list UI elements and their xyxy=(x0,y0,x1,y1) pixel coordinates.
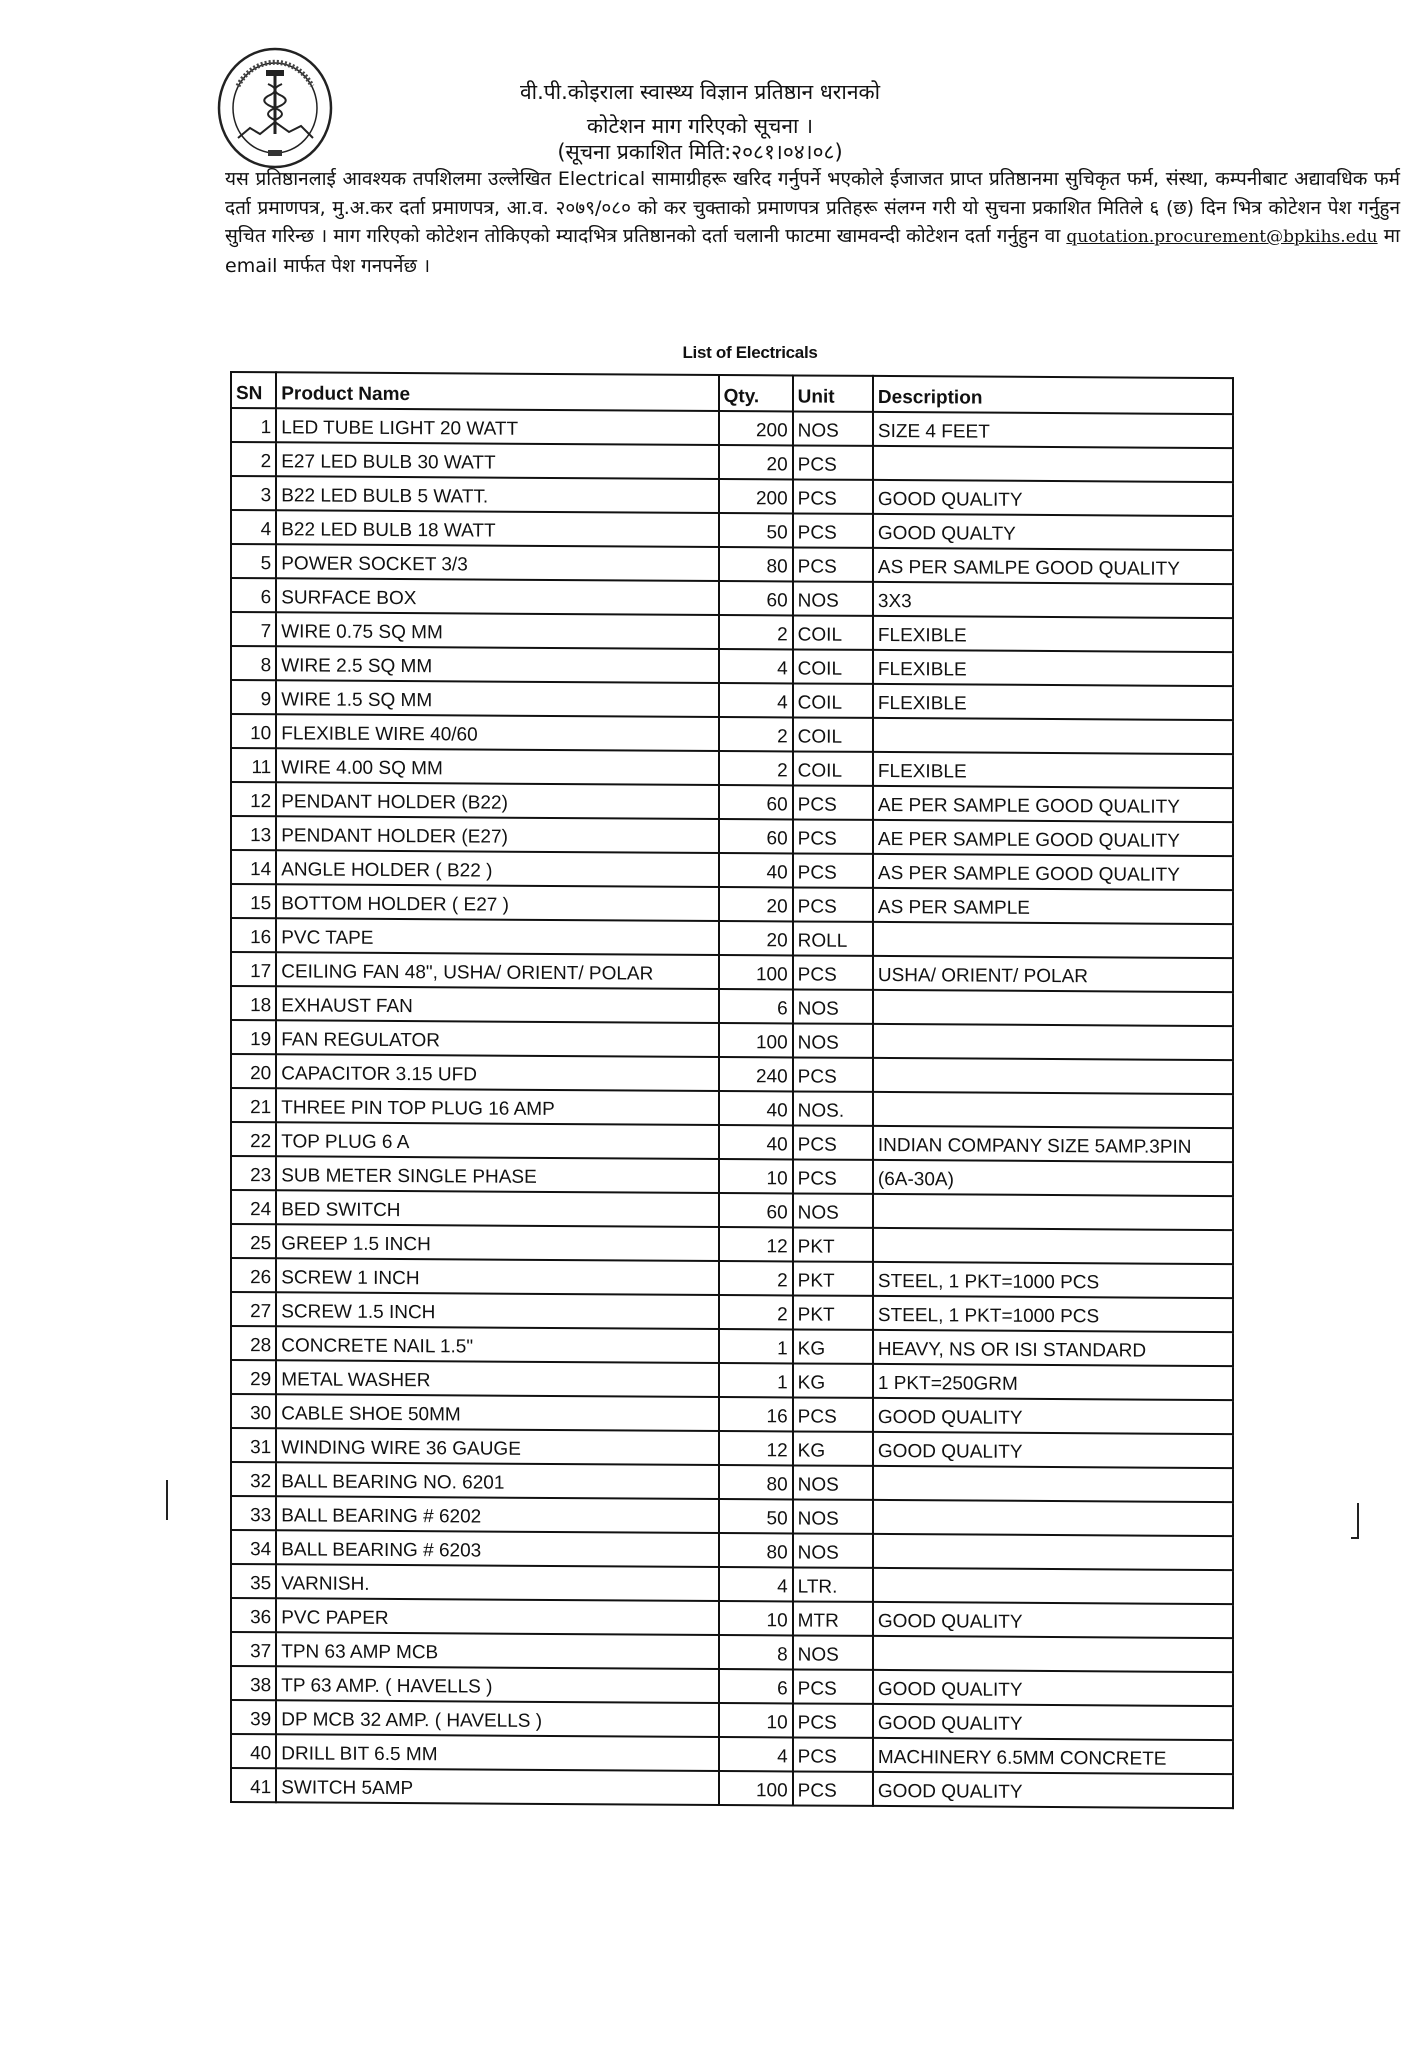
col-sn: SN xyxy=(231,372,276,408)
row-sn: 30 xyxy=(231,1394,276,1428)
row-product-name: GREEP 1.5 INCH xyxy=(276,1224,718,1261)
row-qty: 60 xyxy=(719,581,793,615)
row-unit: PCS xyxy=(793,955,873,989)
row-product-name: BALL BEARING # 6202 xyxy=(276,1496,718,1533)
row-description: FLEXIBLE xyxy=(873,752,1233,788)
scan-mark-right xyxy=(1357,1503,1359,1539)
row-product-name: PVC PAPER xyxy=(276,1598,718,1635)
row-product-name: WINDING WIRE 36 GAUGE xyxy=(276,1428,718,1465)
institute-name-heading: वी.पी.कोइराला स्वास्थ्य विज्ञान प्रतिष्ठ… xyxy=(400,78,1000,106)
row-product-name: FAN REGULATOR xyxy=(276,1020,718,1057)
row-product-name: PENDANT HOLDER (E27) xyxy=(276,816,718,853)
row-unit: PCS xyxy=(793,1737,873,1771)
row-qty: 240 xyxy=(719,1057,793,1091)
row-unit: PCS xyxy=(793,513,873,547)
row-qty: 4 xyxy=(719,1567,793,1601)
row-description xyxy=(873,718,1233,754)
row-qty: 1 xyxy=(719,1363,793,1397)
row-product-name: PENDANT HOLDER (B22) xyxy=(276,782,718,819)
row-product-name: WIRE 4.00 SQ MM xyxy=(276,748,718,785)
row-qty: 100 xyxy=(719,1023,793,1057)
row-qty: 100 xyxy=(719,1771,793,1805)
row-unit: PKT xyxy=(793,1261,873,1295)
row-qty: 8 xyxy=(719,1635,793,1669)
row-sn: 40 xyxy=(231,1734,276,1768)
row-unit: NOS xyxy=(793,411,873,445)
row-description: INDIAN COMPANY SIZE 5AMP.3PIN xyxy=(873,1126,1233,1162)
row-product-name: CONCRETE NAIL 1.5" xyxy=(276,1326,718,1363)
institute-seal-logo xyxy=(216,46,334,170)
row-product-name: PVC TAPE xyxy=(276,918,718,955)
row-product-name: B22 LED BULB 18 WATT xyxy=(276,510,718,547)
row-unit: PCS xyxy=(793,1771,873,1805)
row-sn: 6 xyxy=(231,578,276,612)
row-unit: NOS xyxy=(793,581,873,615)
row-qty: 80 xyxy=(719,1533,793,1567)
row-sn: 39 xyxy=(231,1700,276,1734)
row-product-name: SURFACE BOX xyxy=(276,578,718,615)
row-description xyxy=(873,1194,1233,1230)
row-product-name: POWER SOCKET 3/3 xyxy=(276,544,718,581)
row-sn: 16 xyxy=(231,918,276,952)
row-sn: 27 xyxy=(231,1292,276,1326)
row-unit: PCS xyxy=(793,1703,873,1737)
row-qty: 4 xyxy=(719,1737,793,1771)
row-description: AS PER SAMPLE xyxy=(873,888,1233,924)
row-product-name: TOP PLUG 6 A xyxy=(276,1122,718,1159)
row-qty: 2 xyxy=(719,751,793,785)
col-product-name: Product Name xyxy=(276,372,718,411)
row-product-name: WIRE 2.5 SQ MM xyxy=(276,646,718,683)
row-qty: 80 xyxy=(719,1465,793,1499)
row-sn: 8 xyxy=(231,646,276,680)
row-qty: 1 xyxy=(719,1329,793,1363)
row-qty: 2 xyxy=(719,1295,793,1329)
row-description: FLEXIBLE xyxy=(873,650,1233,686)
row-description: GOOD QUALTY xyxy=(873,514,1233,550)
row-sn: 29 xyxy=(231,1360,276,1394)
row-description: GOOD QUALITY xyxy=(873,1602,1233,1638)
row-sn: 35 xyxy=(231,1564,276,1598)
row-product-name: VARNISH. xyxy=(276,1564,718,1601)
col-qty: Qty. xyxy=(719,375,793,411)
row-product-name: DRILL BIT 6.5 MM xyxy=(276,1734,718,1771)
row-description: GOOD QUALITY xyxy=(873,1704,1233,1740)
row-sn: 4 xyxy=(231,510,276,544)
row-unit: COIL xyxy=(793,649,873,683)
row-description: AS PER SAMLPE GOOD QUALITY xyxy=(873,548,1233,584)
row-qty: 4 xyxy=(719,649,793,683)
row-sn: 32 xyxy=(231,1462,276,1496)
row-sn: 2 xyxy=(231,442,276,476)
row-sn: 38 xyxy=(231,1666,276,1700)
row-product-name: SCREW 1 INCH xyxy=(276,1258,718,1295)
row-unit: PCS xyxy=(793,445,873,479)
row-qty: 2 xyxy=(719,1261,793,1295)
row-qty: 6 xyxy=(719,1669,793,1703)
row-qty: 60 xyxy=(719,819,793,853)
row-description: FLEXIBLE xyxy=(873,684,1233,720)
notice-title: कोटेशन माग गरिएको सूचना । xyxy=(400,112,1000,140)
row-sn: 20 xyxy=(231,1054,276,1088)
row-qty: 80 xyxy=(719,547,793,581)
row-product-name: SCREW 1.5 INCH xyxy=(276,1292,718,1329)
row-unit: COIL xyxy=(793,717,873,751)
row-unit: PCS xyxy=(793,547,873,581)
row-description xyxy=(873,446,1233,482)
row-description: HEAVY, NS OR ISI STANDARD xyxy=(873,1330,1233,1366)
row-unit: PKT xyxy=(793,1227,873,1261)
row-sn: 25 xyxy=(231,1224,276,1258)
row-unit: COIL xyxy=(793,615,873,649)
row-unit: PCS xyxy=(793,853,873,887)
row-product-name: SUB METER SINGLE PHASE xyxy=(276,1156,718,1193)
col-unit: Unit xyxy=(793,375,873,411)
row-sn: 37 xyxy=(231,1632,276,1666)
row-description: STEEL, 1 PKT=1000 PCS xyxy=(873,1296,1233,1332)
row-product-name: BED SWITCH xyxy=(276,1190,718,1227)
row-sn: 33 xyxy=(231,1496,276,1530)
row-unit: PCS xyxy=(793,1669,873,1703)
row-qty: 40 xyxy=(719,1125,793,1159)
row-product-name: BOTTOM HOLDER ( E27 ) xyxy=(276,884,718,921)
row-description xyxy=(873,1024,1233,1060)
row-unit: NOS xyxy=(793,1465,873,1499)
publish-date: (सूचना प्रकाशित मिति:२०८१।०४।०८) xyxy=(400,138,1000,166)
row-product-name: LED TUBE LIGHT 20 WATT xyxy=(276,408,718,445)
row-unit: COIL xyxy=(793,683,873,717)
row-description xyxy=(873,922,1233,958)
row-unit: LTR. xyxy=(793,1567,873,1601)
row-unit: NOS xyxy=(793,1635,873,1669)
row-qty: 4 xyxy=(719,683,793,717)
row-unit: PCS xyxy=(793,785,873,819)
row-unit: MTR xyxy=(793,1601,873,1635)
row-description: AS PER SAMPLE GOOD QUALITY xyxy=(873,854,1233,890)
row-qty: 100 xyxy=(719,955,793,989)
row-qty: 10 xyxy=(719,1159,793,1193)
row-description xyxy=(873,1568,1233,1604)
row-sn: 1 xyxy=(231,408,276,442)
row-description: GOOD QUALITY xyxy=(873,1670,1233,1706)
row-sn: 13 xyxy=(231,816,276,850)
row-description: STEEL, 1 PKT=1000 PCS xyxy=(873,1262,1233,1298)
row-product-name: CEILING FAN 48", USHA/ ORIENT/ POLAR xyxy=(276,952,718,989)
row-product-name: FLEXIBLE WIRE 40/60 xyxy=(276,714,718,751)
row-product-name: BALL BEARING NO. 6201 xyxy=(276,1462,718,1499)
row-qty: 2 xyxy=(719,717,793,751)
row-unit: PCS xyxy=(793,887,873,921)
row-product-name: EXHAUST FAN xyxy=(276,986,718,1023)
row-product-name: ANGLE HOLDER ( B22 ) xyxy=(276,850,718,887)
row-qty: 20 xyxy=(719,887,793,921)
row-unit: KG xyxy=(793,1329,873,1363)
row-description: GOOD QUALITY xyxy=(873,480,1233,516)
row-description: 3X3 xyxy=(873,582,1233,618)
scan-mark-left xyxy=(166,1480,168,1520)
row-qty: 200 xyxy=(719,411,793,445)
row-unit: PCS xyxy=(793,1397,873,1431)
row-unit: PKT xyxy=(793,1295,873,1329)
row-product-name: B22 LED BULB 5 WATT. xyxy=(276,476,718,513)
row-description: GOOD QUALITY xyxy=(873,1432,1233,1468)
row-qty: 10 xyxy=(719,1703,793,1737)
row-sn: 14 xyxy=(231,850,276,884)
electricals-table: SN Product Name Qty. Unit Description 1L… xyxy=(230,371,1234,1809)
row-product-name: CABLE SHOE 50MM xyxy=(276,1394,718,1431)
row-product-name: CAPACITOR 3.15 UFD xyxy=(276,1054,718,1091)
row-unit: PCS xyxy=(793,1125,873,1159)
row-product-name: WIRE 0.75 SQ MM xyxy=(276,612,718,649)
row-unit: ROLL xyxy=(793,921,873,955)
row-product-name: THREE PIN TOP PLUG 16 AMP xyxy=(276,1088,718,1125)
row-sn: 31 xyxy=(231,1428,276,1462)
table-header-row: SN Product Name Qty. Unit Description xyxy=(231,372,1233,414)
email-link[interactable]: quotation.procurement@bpkihs.edu xyxy=(1066,227,1377,247)
row-description: AE PER SAMPLE GOOD QUALITY xyxy=(873,786,1233,822)
row-description xyxy=(873,1500,1233,1536)
row-qty: 60 xyxy=(719,785,793,819)
row-product-name: SWITCH 5AMP xyxy=(276,1768,718,1805)
row-description xyxy=(873,990,1233,1026)
row-product-name: E27 LED BULB 30 WATT xyxy=(276,442,718,479)
row-unit: NOS xyxy=(793,1533,873,1567)
row-qty: 200 xyxy=(719,479,793,513)
row-description: SIZE 4 FEET xyxy=(873,412,1233,448)
row-sn: 24 xyxy=(231,1190,276,1224)
row-description: AE PER SAMPLE GOOD QUALITY xyxy=(873,820,1233,856)
row-sn: 21 xyxy=(231,1088,276,1122)
row-qty: 50 xyxy=(719,513,793,547)
row-unit: NOS xyxy=(793,1023,873,1057)
row-sn: 10 xyxy=(231,714,276,748)
notice-paragraph: यस प्रतिष्ठानलाई आवश्यक तपशिलमा उल्लेखित… xyxy=(225,165,1400,280)
row-sn: 18 xyxy=(231,986,276,1020)
row-sn: 5 xyxy=(231,544,276,578)
row-sn: 9 xyxy=(231,680,276,714)
row-qty: 12 xyxy=(719,1431,793,1465)
row-unit: PCS xyxy=(793,819,873,853)
row-unit: KG xyxy=(793,1431,873,1465)
row-sn: 12 xyxy=(231,782,276,816)
row-qty: 20 xyxy=(719,921,793,955)
row-qty: 60 xyxy=(719,1193,793,1227)
row-sn: 19 xyxy=(231,1020,276,1054)
row-qty: 16 xyxy=(719,1397,793,1431)
row-unit: PCS xyxy=(793,1159,873,1193)
row-description: (6A-30A) xyxy=(873,1160,1233,1196)
row-unit: PCS xyxy=(793,1057,873,1091)
row-description: MACHINERY 6.5MM CONCRETE xyxy=(873,1738,1233,1774)
row-description xyxy=(873,1534,1233,1570)
row-unit: KG xyxy=(793,1363,873,1397)
row-unit: NOS xyxy=(793,1499,873,1533)
row-unit: PCS xyxy=(793,479,873,513)
row-product-name: TP 63 AMP. ( HAVELLS ) xyxy=(276,1666,718,1703)
row-product-name: BALL BEARING # 6203 xyxy=(276,1530,718,1567)
row-product-name: METAL WASHER xyxy=(276,1360,718,1397)
row-qty: 40 xyxy=(719,1091,793,1125)
table-row: 41SWITCH 5AMP100PCSGOOD QUALITY xyxy=(231,1768,1233,1808)
row-product-name: DP MCB 32 AMP. ( HAVELLS ) xyxy=(276,1700,718,1737)
row-sn: 11 xyxy=(231,748,276,782)
row-qty: 2 xyxy=(719,615,793,649)
row-sn: 7 xyxy=(231,612,276,646)
row-description: GOOD QUALITY xyxy=(873,1772,1233,1808)
row-unit: NOS xyxy=(793,1193,873,1227)
row-sn: 22 xyxy=(231,1122,276,1156)
row-sn: 17 xyxy=(231,952,276,986)
row-qty: 12 xyxy=(719,1227,793,1261)
row-sn: 3 xyxy=(231,476,276,510)
row-description: USHA/ ORIENT/ POLAR xyxy=(873,956,1233,992)
row-qty: 50 xyxy=(719,1499,793,1533)
row-product-name: TPN 63 AMP MCB xyxy=(276,1632,718,1669)
row-description: FLEXIBLE xyxy=(873,616,1233,652)
row-description xyxy=(873,1466,1233,1502)
row-description xyxy=(873,1636,1233,1672)
row-unit: COIL xyxy=(793,751,873,785)
row-unit: NOS xyxy=(793,989,873,1023)
row-product-name: WIRE 1.5 SQ MM xyxy=(276,680,718,717)
row-sn: 15 xyxy=(231,884,276,918)
col-description: Description xyxy=(873,376,1233,414)
table-title: List of Electricals xyxy=(600,343,900,363)
row-description xyxy=(873,1058,1233,1094)
row-qty: 40 xyxy=(719,853,793,887)
row-sn: 36 xyxy=(231,1598,276,1632)
row-sn: 41 xyxy=(231,1768,276,1802)
row-sn: 34 xyxy=(231,1530,276,1564)
row-sn: 23 xyxy=(231,1156,276,1190)
row-unit: NOS. xyxy=(793,1091,873,1125)
row-description xyxy=(873,1228,1233,1264)
row-qty: 10 xyxy=(719,1601,793,1635)
row-description: GOOD QUALITY xyxy=(873,1398,1233,1434)
row-description xyxy=(873,1092,1233,1128)
row-qty: 20 xyxy=(719,445,793,479)
row-description: 1 PKT=250GRM xyxy=(873,1364,1233,1400)
row-qty: 6 xyxy=(719,989,793,1023)
row-sn: 26 xyxy=(231,1258,276,1292)
row-sn: 28 xyxy=(231,1326,276,1360)
